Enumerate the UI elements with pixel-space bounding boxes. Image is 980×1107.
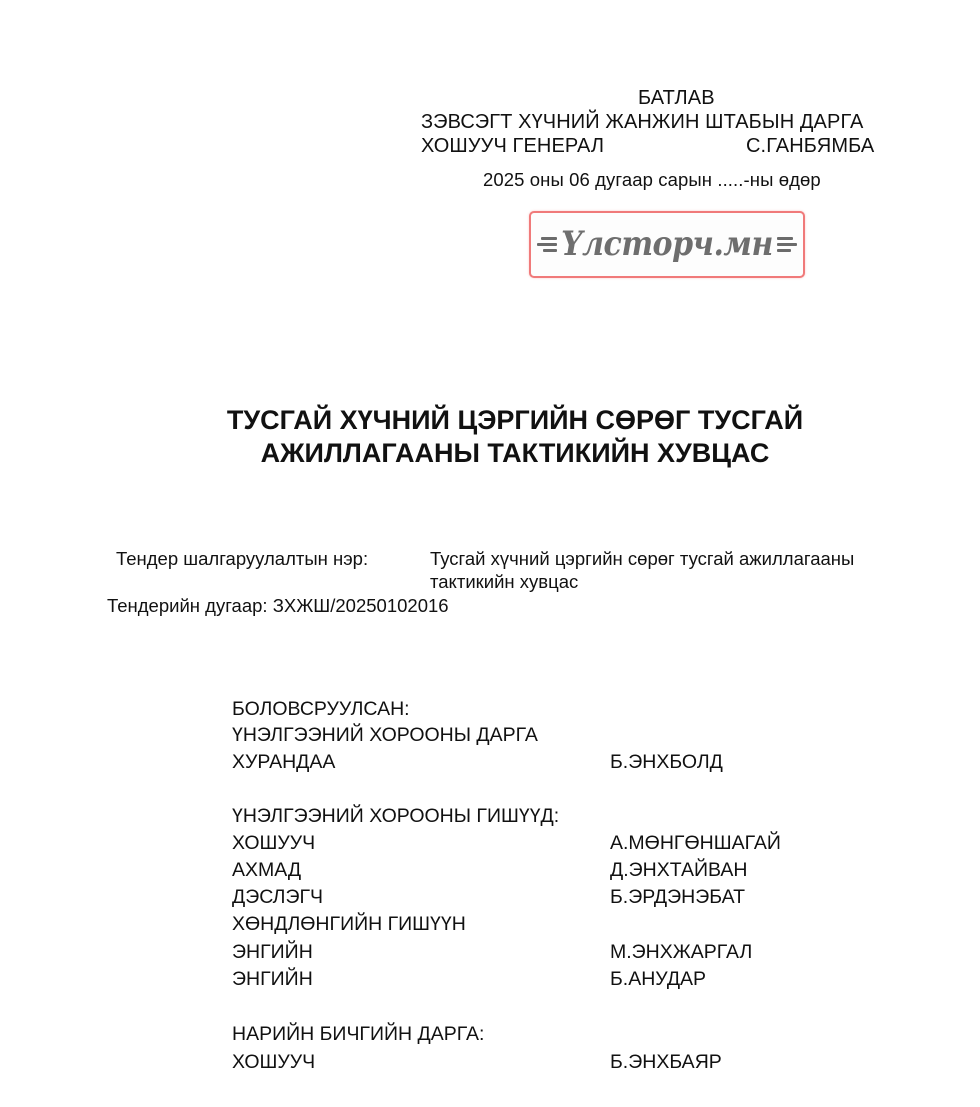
chair-rank: ХУРАНДАА <box>232 750 335 774</box>
member-rank: ДЭСЛЭГЧ <box>232 885 323 909</box>
approval-title: БАТЛАВ <box>638 86 715 111</box>
document-title-line1: ТУСГАЙ ХҮЧНИЙ ЦЭРГИЙН СӨРӨГ ТУСГАЙ <box>0 404 980 437</box>
chair-name: Б.ЭНХБОЛД <box>610 750 723 774</box>
independent-member-rank: ЭНГИЙН <box>232 967 313 991</box>
member-name: Б.ЭРДЭНЭБАТ <box>610 885 745 909</box>
independent-member-rank: ЭНГИЙН <box>232 940 313 964</box>
secretary-heading: НАРИЙН БИЧГИЙН ДАРГА: <box>232 1022 484 1046</box>
wing-right-icon <box>777 237 797 252</box>
watermark-logo: Үлсторч.мн <box>529 211 805 278</box>
tender-name-value-line1: Тусгай хүчний цэргийн сөрөг тусгай ажилл… <box>430 548 854 570</box>
chair-heading: ҮНЭЛГЭЭНИЙ ХОРООНЫ ДАРГА <box>232 723 538 747</box>
approval-date: 2025 оны 06 дугаар сарын .....-ны өдөр <box>483 167 821 192</box>
secretary-rank: ХОШУУЧ <box>232 1050 315 1074</box>
document-title-line2: АЖИЛЛАГААНЫ ТАКТИКИЙН ХУВЦАС <box>0 437 980 470</box>
tender-number: Тендерийн дугаар: ЗХЖШ/20250102016 <box>107 595 449 617</box>
independent-heading: ХӨНДЛӨНГИЙН ГИШҮҮН <box>232 912 466 936</box>
approver-position: ЗЭВСЭГТ ХҮЧНИЙ ЖАНЖИН ШТАБЫН ДАРГА <box>421 110 863 135</box>
tender-name-label: Тендер шалгаруулалтын нэр: <box>116 548 368 570</box>
tender-name-value-line2: тактикийн хувцас <box>430 571 578 593</box>
member-rank: АХМАД <box>232 858 301 882</box>
approver-name: С.ГАНБЯМБА <box>746 134 874 159</box>
member-name: А.МӨНГӨНШАГАЙ <box>610 831 781 855</box>
approver-rank: ХОШУУЧ ГЕНЕРАЛ <box>421 134 604 159</box>
wing-left-icon <box>537 237 557 252</box>
watermark-text: Үлсторч.мн <box>561 225 773 264</box>
secretary-name: Б.ЭНХБАЯР <box>610 1050 722 1074</box>
prepared-heading: БОЛОВСРУУЛСАН: <box>232 697 410 721</box>
members-heading: ҮНЭЛГЭЭНИЙ ХОРООНЫ ГИШҮҮД: <box>232 804 559 828</box>
independent-member-name: М.ЭНХЖАРГАЛ <box>610 940 752 964</box>
independent-member-name: Б.АНУДАР <box>610 967 706 991</box>
member-rank: ХОШУУЧ <box>232 831 315 855</box>
member-name: Д.ЭНХТАЙВАН <box>610 858 747 882</box>
